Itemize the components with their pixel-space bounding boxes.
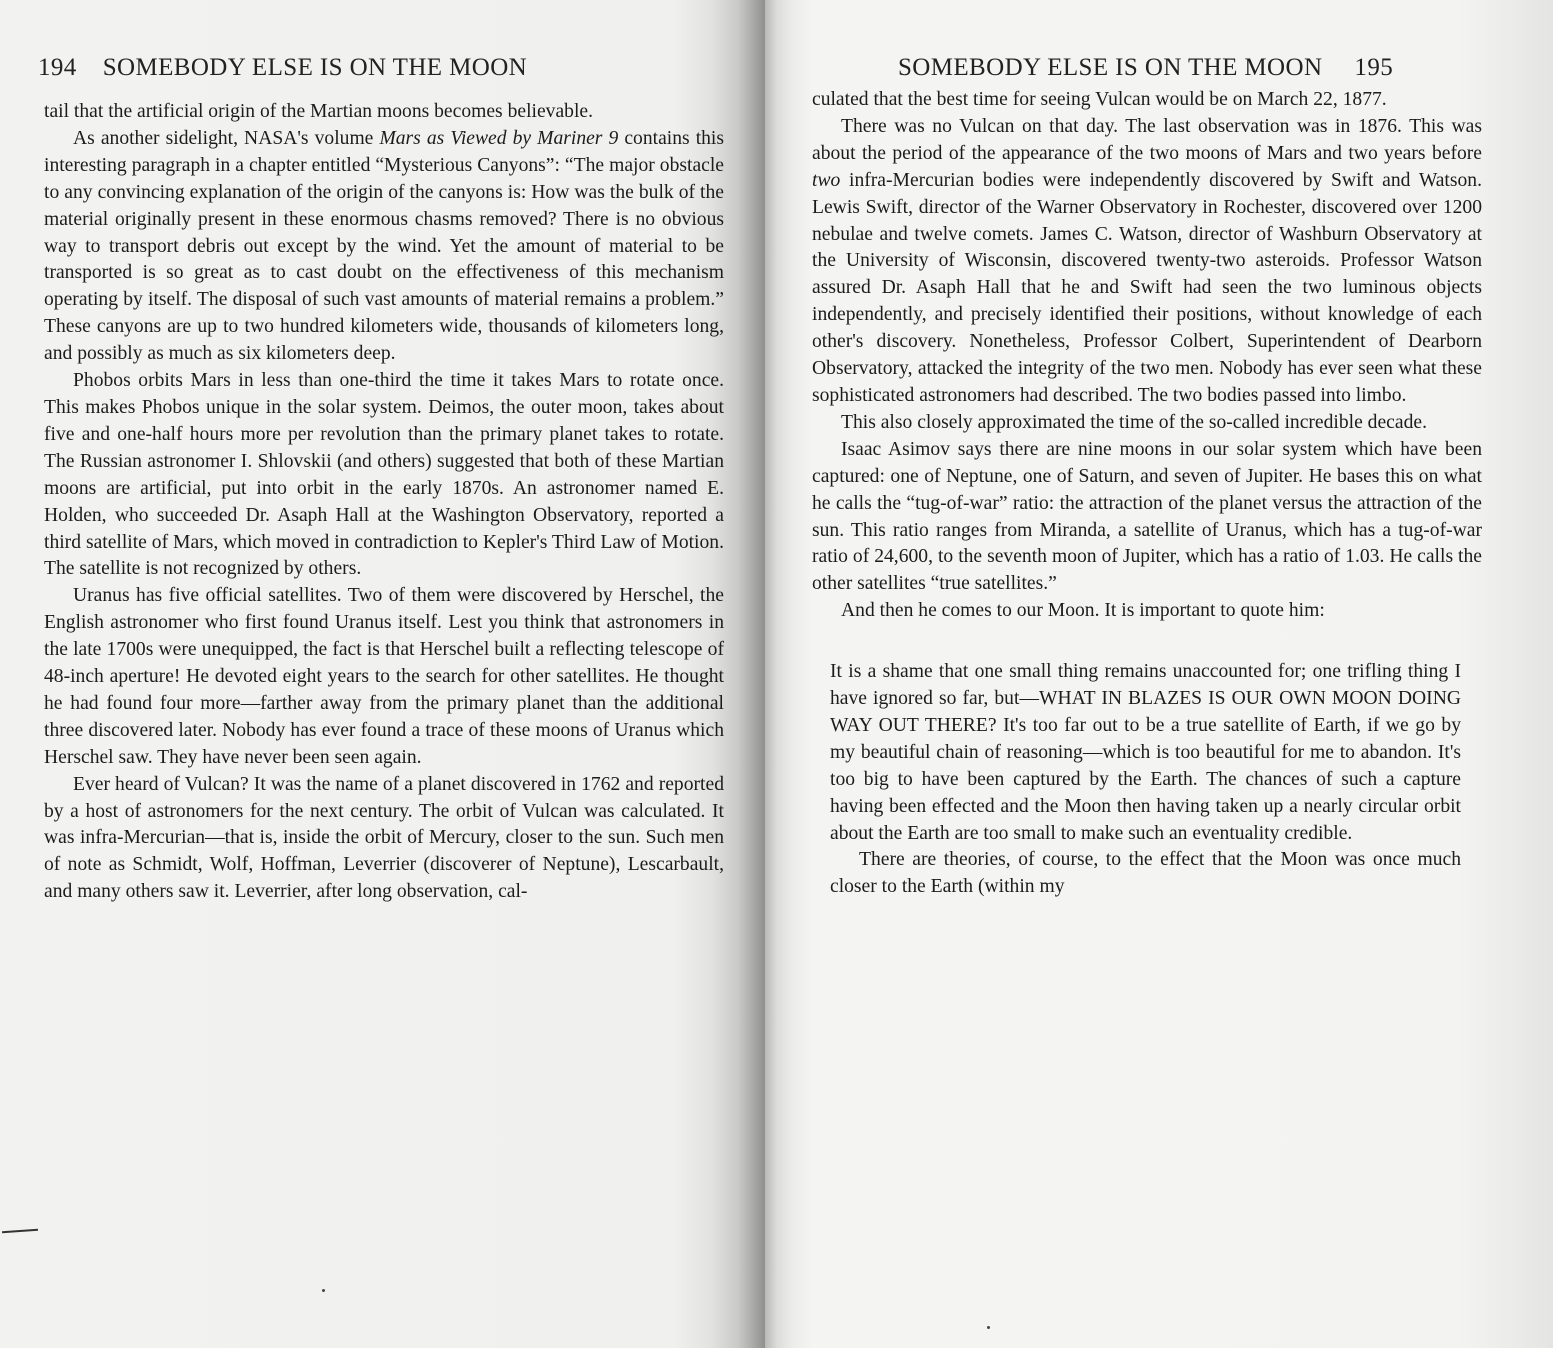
left-page: 194SOMEBODY ELSE IS ON THE MOON tail tha…: [0, 0, 765, 1348]
running-title: SOMEBODY ELSE IS ON THE MOON: [103, 54, 527, 81]
italic-title: two: [812, 170, 840, 191]
book-spread: 194SOMEBODY ELSE IS ON THE MOON tail tha…: [0, 0, 1553, 1348]
paragraph: This also closely approximated the time …: [812, 410, 1482, 437]
paragraph: As another sidelight, NASA's volume Mars…: [44, 126, 724, 368]
text-run: There was no Vulcan on that day. The las…: [812, 116, 1482, 164]
running-title: SOMEBODY ELSE IS ON THE MOON: [898, 54, 1322, 81]
pencil-margin-mark: [2, 1229, 38, 1234]
paragraph: There was no Vulcan on that day. The las…: [812, 114, 1482, 410]
left-running-head: 194SOMEBODY ELSE IS ON THE MOON: [38, 54, 527, 82]
paragraph: Phobos orbits Mars in less than one-thir…: [44, 368, 724, 583]
paragraph: culated that the best time for seeing Vu…: [812, 87, 1482, 114]
right-page-body: culated that the best time for seeing Vu…: [812, 87, 1482, 901]
left-page-body: tail that the artificial origin of the M…: [44, 99, 724, 906]
block-quote: It is a shame that one small thing remai…: [830, 659, 1461, 901]
italic-title: Mars as Viewed by Mariner 9: [379, 128, 618, 149]
page-number: 195: [1354, 54, 1393, 82]
right-page: SOMEBODY ELSE IS ON THE MOON195 culated …: [765, 0, 1553, 1348]
paragraph: And then he comes to our Moon. It is imp…: [812, 598, 1482, 625]
paper-speck: [987, 1326, 990, 1329]
text-run: contains this interesting paragraph in a…: [44, 128, 724, 364]
paragraph: There are theories, of course, to the ef…: [830, 847, 1461, 901]
text-run: infra-Mercurian bodies were independentl…: [812, 170, 1482, 406]
paragraph: Isaac Asimov says there are nine moons i…: [812, 437, 1482, 598]
page-number: 194: [38, 54, 77, 82]
paper-speck: [322, 1289, 325, 1292]
right-running-head: SOMEBODY ELSE IS ON THE MOON195: [898, 54, 1393, 82]
paragraph: Uranus has five official satellites. Two…: [44, 583, 724, 771]
paragraph: It is a shame that one small thing remai…: [830, 659, 1461, 847]
text-run: As another sidelight, NASA's volume: [73, 128, 379, 149]
paragraph: tail that the artificial origin of the M…: [44, 99, 724, 126]
paragraph: Ever heard of Vulcan? It was the name of…: [44, 772, 724, 907]
